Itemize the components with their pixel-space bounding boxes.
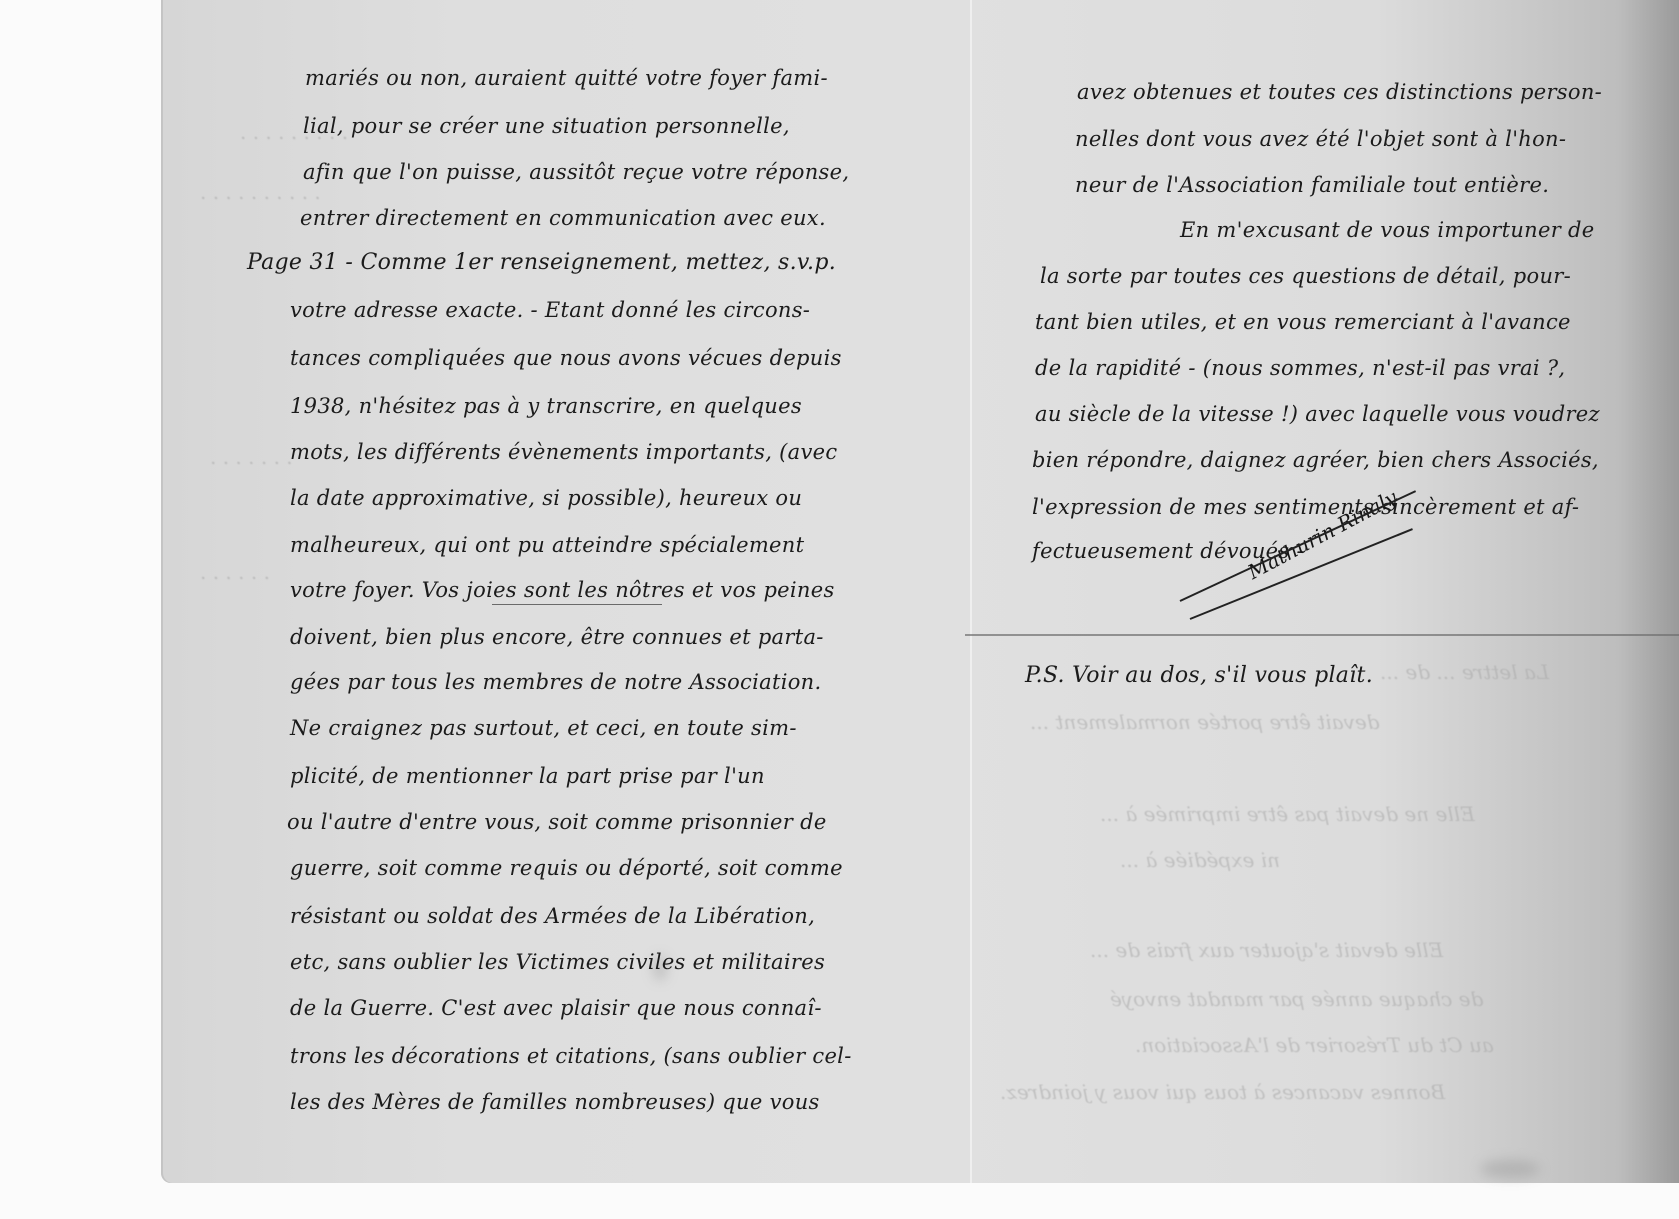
left-line-8: 1938, n'hésitez pas à y transcrire, en q… bbox=[290, 394, 802, 418]
right-line-3: neur de l'Association familiale tout ent… bbox=[1075, 173, 1549, 197]
bleed-line-4: ni expédiée à ... bbox=[1120, 848, 1280, 872]
bleed-line-3: Elle ne devait pas être imprimée à ... bbox=[1100, 802, 1475, 826]
left-line-11: malheureux, qui ont pu atteindre spécial… bbox=[290, 533, 804, 557]
right-line-5: la sorte par toutes ces questions de dét… bbox=[1040, 264, 1571, 288]
left-line-14: gées par tous les membres de notre Assoc… bbox=[290, 670, 821, 694]
right-line-8: au siècle de la vitesse !) avec laquelle… bbox=[1035, 402, 1600, 426]
bleed-line-6: de chaque année par mandat envoyé bbox=[1110, 987, 1483, 1011]
left-line-12: votre foyer. Vos joies sont les nôtres e… bbox=[290, 578, 835, 602]
left-line-20: etc, sans oublier les Victimes civiles e… bbox=[290, 950, 825, 974]
bleed-line-7: au Ct du Trésorier de l'Association. bbox=[1135, 1033, 1494, 1057]
left-line-5: Page 31 - Comme 1er renseignement, mette… bbox=[247, 250, 836, 275]
right-line-7: de la rapidité - (nous sommes, n'est-il … bbox=[1035, 356, 1565, 380]
bleed-line-1: La lettre ... de ... bbox=[1380, 660, 1549, 684]
left-line-1: mariés ou non, auraient quitté votre foy… bbox=[305, 66, 828, 90]
left-line-22: trons les décorations et citations, (san… bbox=[290, 1044, 852, 1068]
right-line-10: l'expression de mes sentiments sincèreme… bbox=[1032, 495, 1579, 519]
left-line-6: votre adresse exacte. - Etant donné les … bbox=[290, 298, 810, 322]
left-line-4: entrer directement en communication avec… bbox=[300, 206, 826, 230]
bleed-line-5: Elle devait s'ajouter aux frais de ... bbox=[1090, 938, 1443, 962]
left-line-7: tances compliquées que nous avons vécues… bbox=[290, 346, 842, 370]
left-line-9: mots, les différents évènements importan… bbox=[290, 440, 837, 464]
left-line-10: la date approximative, si possible), heu… bbox=[290, 486, 802, 510]
left-line-12-text: votre foyer. Vos joies sont les nôtres e… bbox=[290, 578, 835, 602]
page-fold bbox=[970, 0, 972, 1183]
bleed-line-2: devait être portée normalement ... bbox=[1030, 710, 1380, 734]
left-line-21: de la Guerre. C'est avec plaisir que nou… bbox=[290, 996, 822, 1020]
left-line-16: plicité, de mentionner la part prise par… bbox=[290, 764, 765, 788]
right-line-6: tant bien utiles, et en vous remerciant … bbox=[1035, 310, 1571, 334]
right-line-2: nelles dont vous avez été l'objet sont à… bbox=[1075, 127, 1566, 151]
right-line-4: En m'excusant de vous importuner de bbox=[1180, 218, 1595, 242]
left-line-13: doivent, bien plus encore, être connues … bbox=[290, 625, 824, 649]
left-line-15: Ne craignez pas surtout, et ceci, en tou… bbox=[290, 716, 797, 740]
bleed-line-8: Bonnes vacances à tous qui vous y joindr… bbox=[1000, 1080, 1445, 1104]
paper-stain bbox=[1480, 1160, 1540, 1178]
divider-line bbox=[965, 634, 1679, 636]
left-line-19: résistant ou soldat des Armées de la Lib… bbox=[290, 904, 815, 928]
postscript: P.S. Voir au dos, s'il vous plaît. bbox=[1025, 663, 1373, 688]
right-line-9: bien répondre, daignez agréer, bien cher… bbox=[1032, 448, 1599, 472]
left-line-18: guerre, soit comme requis ou déporté, so… bbox=[290, 856, 843, 880]
left-line-23: les des Mères de familles nombreuses) qu… bbox=[290, 1090, 820, 1114]
left-line-2: lial, pour se créer une situation person… bbox=[303, 114, 790, 138]
left-line-17: ou l'autre d'entre vous, soit comme pris… bbox=[287, 810, 827, 834]
left-line-3: afin que l'on puisse, aussitôt reçue vot… bbox=[303, 160, 849, 184]
underline-mark bbox=[492, 604, 662, 605]
right-line-1: avez obtenues et toutes ces distinctions… bbox=[1077, 80, 1602, 104]
